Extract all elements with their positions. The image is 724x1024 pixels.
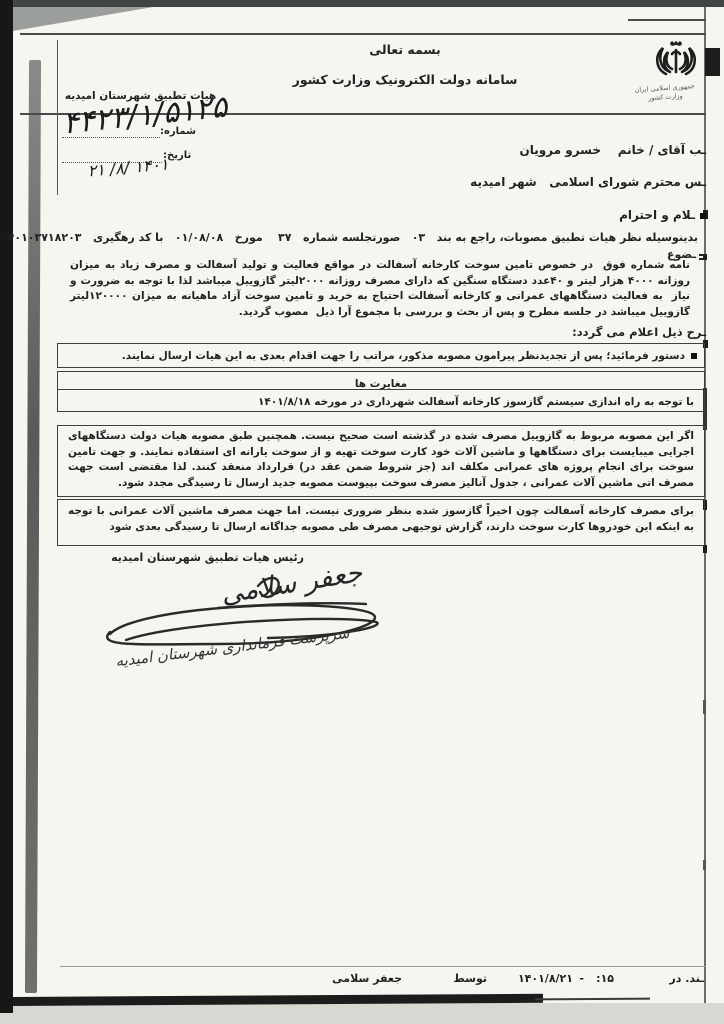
recipient-title-line: ـس محترم شورای اسلامی شهر امیدیه [470, 175, 706, 189]
instruction-cut-square [691, 353, 697, 359]
discrepancy-row-2-text: اگر این مصوبه مربوط به گازوییل مصرف شده … [68, 429, 694, 491]
scan-right-blob [703, 545, 707, 553]
footer-via: توسط [453, 972, 487, 985]
top-right-rule [628, 19, 706, 21]
instruction-text: دستور فرمائید؛ پس از تجدیدنظر پیرامون مص… [122, 350, 685, 362]
iran-emblem-icon [648, 38, 704, 82]
discrepancy-header-box: مغایرت ها [57, 371, 705, 390]
instruction-box: دستور فرمائید؛ پس از تجدیدنظر پیرامون مص… [57, 343, 705, 368]
scanned-letter: بسمه تعالی سامانه دولت الکترونیک وزارت ک… [0, 0, 724, 1024]
salutation-line: ـلام و احترام [619, 208, 695, 222]
announce-line: ـرح ذیل اعلام می گردد: [572, 325, 706, 339]
discrepancy-row-2: اگر این مصوبه مربوط به گازوییل مصرف شده … [57, 425, 705, 497]
footer-rule [60, 966, 706, 967]
footer-name: جعفر سلامی [332, 972, 402, 985]
scan-left-edge [0, 0, 13, 1013]
header-rule-top [20, 33, 706, 35]
salutation-cut-square [700, 213, 706, 219]
recipient-name-line: ـب آقای / خانم خسرو مرویان [519, 143, 706, 157]
footer-separator: - [579, 972, 584, 985]
discrepancy-row-1-text: با توجه به راه اندازی سیستم گازسوز کارخا… [258, 396, 694, 408]
discrepancy-row-3-text: برای مصرف کارخانه آسفالت چون اخیراً گازس… [68, 504, 694, 535]
scan-top-strip [0, 0, 724, 7]
scan-right-blob [705, 48, 720, 76]
discrepancy-row-1: با توجه به راه اندازی سیستم گازسوز کارخا… [57, 389, 705, 412]
system-title: سامانه دولت الکترونیک وزارت کشور [250, 72, 560, 87]
discrepancy-row-3: برای مصرف کارخانه آسفالت چون اخیراً گازس… [57, 499, 705, 546]
footer-time: :۱۵ [596, 972, 614, 985]
subject-body: نامه شماره فوق در خصوص تامین سوخت کارخان… [70, 258, 690, 320]
header-title-block: بسمه تعالی سامانه دولت الکترونیک وزارت ک… [250, 42, 560, 87]
scan-bottom-bar [13, 994, 543, 1006]
footer-date: ۱۴۰۱/۸/۲۱ [518, 972, 573, 985]
scan-right-blob [703, 860, 706, 870]
footer-status-fragment: ـند. در [669, 972, 704, 985]
reference-line: بدینوسیله نظر هیات تطبیق مصوبات، راجع به… [0, 231, 698, 244]
scan-right-blob [703, 700, 706, 714]
bismillah: بسمه تعالی [250, 42, 560, 57]
signature-handwritten-note: سرپرست فرمانداری شهرستان امیدیه [114, 624, 350, 671]
subject-cut-mark [699, 251, 706, 263]
signature-scribble: جعفر سلامی سرپرست فرمانداری شهرستان امید… [68, 556, 418, 674]
